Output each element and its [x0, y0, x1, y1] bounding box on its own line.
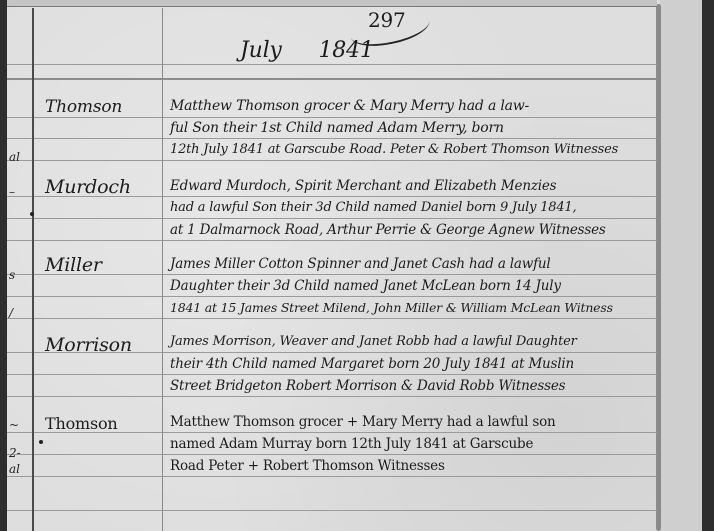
ruled-line — [7, 374, 657, 375]
entry-line: Street Bridgeton Robert Morrison & David… — [170, 378, 565, 394]
ruled-line — [7, 240, 657, 241]
entry-line: named Adam Murray born 12th July 1841 at… — [170, 436, 533, 452]
margin-mark: 2- — [9, 446, 21, 460]
ruled-line — [7, 160, 657, 161]
ruled-line — [7, 476, 657, 477]
entry-line: had a lawful Son their 3d Child named Da… — [170, 200, 576, 215]
entry-surname: Thomson — [45, 97, 122, 117]
entry-line: Daughter their 3d Child named Janet McLe… — [170, 278, 561, 294]
page-right-margin — [660, 0, 702, 531]
entry-line: James Miller Cotton Spinner and Janet Ca… — [170, 256, 551, 272]
margin-mark: s — [9, 268, 15, 282]
entry-line: 12th July 1841 at Garscube Road. Peter &… — [170, 142, 618, 157]
ruled-line — [7, 454, 657, 455]
margin-mark: al — [9, 462, 20, 476]
ink-dot — [39, 440, 43, 444]
margin-mark: / — [9, 306, 13, 320]
ruled-line — [7, 396, 657, 397]
ruled-line — [7, 318, 657, 319]
margin-mark: al — [9, 150, 20, 164]
margin-mark: – — [9, 185, 15, 199]
ruled-line — [7, 274, 657, 275]
entry-surname: Murdoch — [45, 176, 131, 198]
entry-line: Road Peter + Robert Thomson Witnesses — [170, 458, 445, 474]
entry-line: Edward Murdoch, Spirit Merchant and Eliz… — [170, 178, 556, 194]
ruled-line — [7, 296, 657, 297]
ruled-line — [7, 510, 657, 511]
ruled-line — [7, 218, 657, 219]
entry-surname: Miller — [45, 254, 102, 276]
entry-line: Matthew Thomson grocer & Mary Merry had … — [170, 98, 529, 114]
ruled-line — [7, 78, 657, 80]
entry-surname: Thomson — [45, 414, 118, 433]
entry-surname: Morrison — [45, 334, 132, 356]
margin-mark: ~ — [9, 418, 19, 432]
entry-line: Matthew Thomson grocer + Mary Merry had … — [170, 414, 556, 430]
entry-line: at 1 Dalmarnock Road, Arthur Perrie & Ge… — [170, 222, 606, 238]
page-heading: July 1841 — [240, 38, 374, 63]
column-divider — [162, 8, 163, 531]
entry-line: James Morrison, Weaver and Janet Robb ha… — [170, 334, 577, 349]
ruled-line — [7, 64, 657, 65]
ink-dot — [30, 212, 34, 216]
page-edge — [656, 4, 661, 531]
page-top-edge — [7, 0, 657, 7]
entry-line: their 4th Child named Margaret born 20 J… — [170, 356, 574, 372]
entry-line: 1841 at 15 James Street Milend, John Mil… — [170, 300, 613, 315]
ruled-line — [7, 138, 657, 139]
margin-line — [32, 8, 34, 531]
ruled-line — [7, 117, 657, 118]
entry-line: ful Son their 1st Child named Adam Merry… — [170, 120, 504, 136]
